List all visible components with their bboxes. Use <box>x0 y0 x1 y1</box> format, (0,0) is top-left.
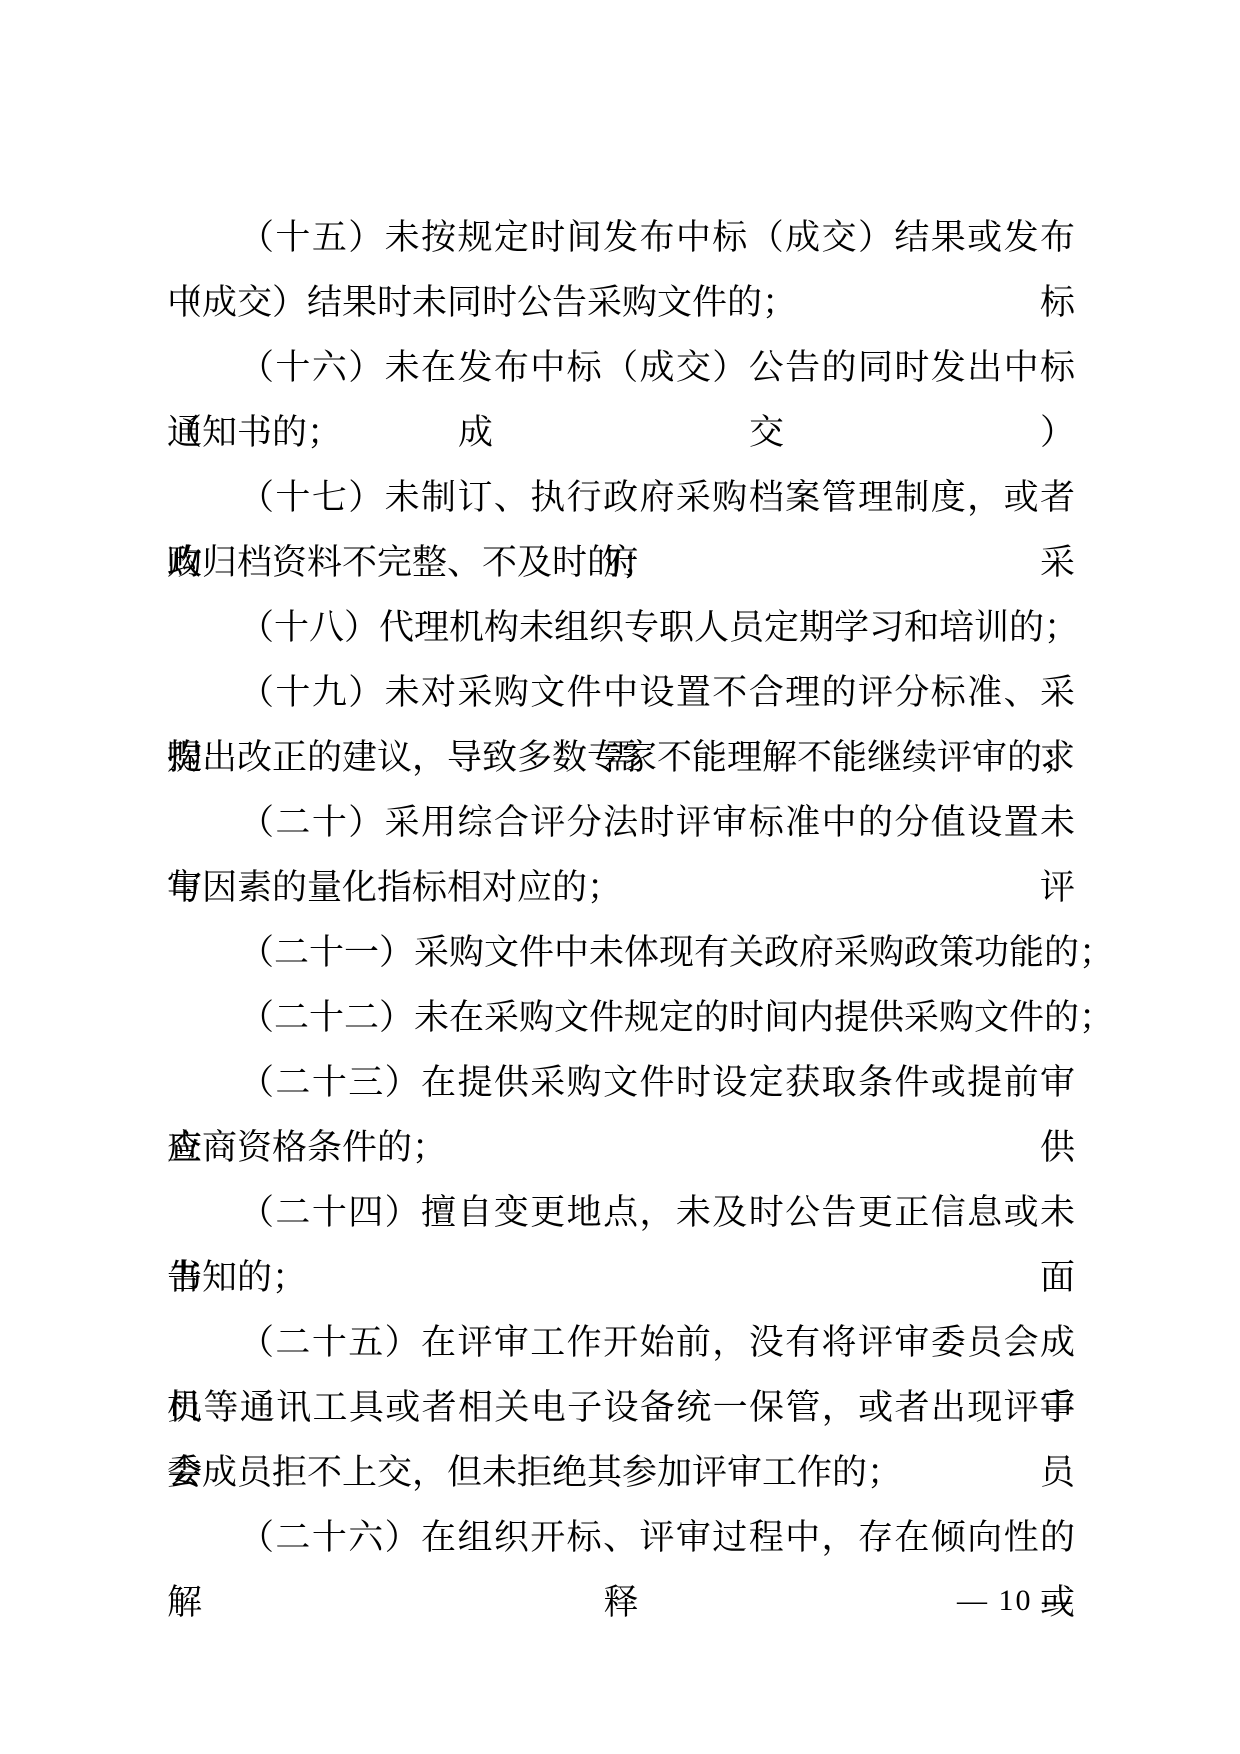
paragraph-line: （二十三）在提供采购文件时设定获取条件或提前审查供 <box>167 1050 1075 1115</box>
paragraph-line: 机等通讯工具或者相关电子设备统一保管，或者出现评审委员 <box>167 1375 1075 1440</box>
document-body: （十五）未按规定时间发布中标（成交）结果或发布中标 （成交）结果时未同时公告采购… <box>167 205 1075 1570</box>
paragraph-line: （十七）未制订、执行政府采购档案管理制度，或者政府采 <box>167 465 1075 530</box>
paragraph-line: （二十四）擅自变更地点，未及时公告更正信息或未书面 <box>167 1180 1075 1245</box>
paragraph-line: （十九）未对采购文件中设置不合理的评分标准、采购需求 <box>167 660 1075 725</box>
paragraph-line: （十六）未在发布中标（成交）公告的同时发出中标（成交） <box>167 335 1075 400</box>
paragraph-line: （二十）采用综合评分法时评审标准中的分值设置未与评 <box>167 790 1075 855</box>
paragraph-line: 提出改正的建议，导致多数专家不能理解不能继续评审的； <box>167 725 1075 790</box>
paragraph-line: （二十五）在评审工作开始前，没有将评审委员会成员手 <box>167 1310 1075 1375</box>
paragraph-line: （二十二）未在采购文件规定的时间内提供采购文件的； <box>167 985 1075 1050</box>
paragraph-line: （十八）代理机构未组织专职人员定期学习和培训的； <box>167 595 1075 660</box>
page-number: — 10 — <box>957 1584 1074 1618</box>
paragraph-line: （二十六）在组织开标、评审过程中，存在倾向性的解释或 <box>167 1505 1075 1570</box>
paragraph-line: （二十一）采购文件中未体现有关政府采购政策功能的； <box>167 920 1075 985</box>
document-page: （十五）未按规定时间发布中标（成交）结果或发布中标 （成交）结果时未同时公告采购… <box>0 0 1240 1754</box>
paragraph-line: （十五）未按规定时间发布中标（成交）结果或发布中标 <box>167 205 1075 270</box>
